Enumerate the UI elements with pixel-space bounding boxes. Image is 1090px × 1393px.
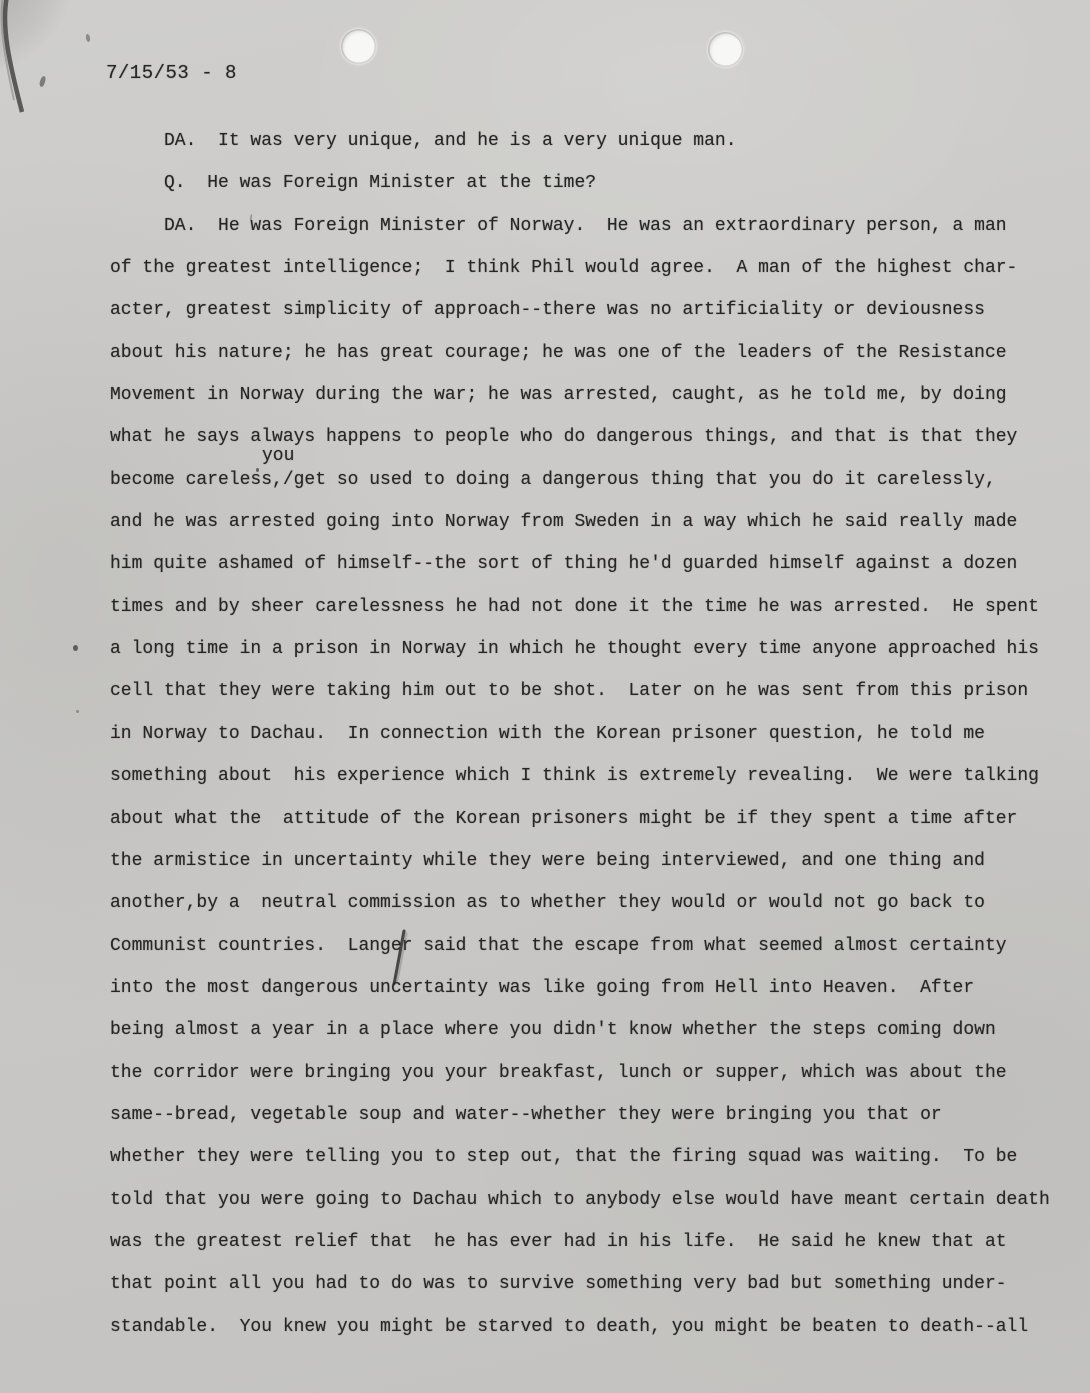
text-line: whether they were telling you to step ou… [110, 1136, 1060, 1178]
text-line: what he says always happens to people wh… [110, 416, 1060, 458]
text-line: times and by sheer carelessness he had n… [110, 586, 1060, 628]
text-line: a long time in a prison in Norway in whi… [110, 628, 1060, 670]
text-line: Q. He was Foreign Minister at the time? [110, 162, 1060, 204]
typewritten-text: DA. It was very unique, and he is a very… [110, 120, 1060, 1348]
text-line: become careless,/get so used to doing a … [110, 459, 1060, 501]
text-line: same--bread, vegetable soup and water--w… [110, 1094, 1060, 1136]
text-line: Communist countries. Langer said that th… [110, 925, 1060, 967]
text-line: the corridor were bringing you your brea… [110, 1052, 1060, 1094]
header-date: 7/15/53 - 8 [106, 62, 237, 84]
page-corner-edge [0, 0, 46, 130]
stray-mark [256, 468, 259, 472]
punch-hole-right [708, 32, 743, 67]
text-line: told that you were going to Dachau which… [110, 1179, 1060, 1221]
text-line: DA. It was very unique, and he is a very… [110, 120, 1060, 162]
text-line: standable. You knew you might be starved… [110, 1306, 1060, 1348]
stray-mark [85, 34, 90, 43]
text-line: DA. He was Foreign Minister of Norway. H… [110, 205, 1060, 247]
text-line: being almost a year in a place where you… [110, 1009, 1060, 1051]
text-line: cell that they were taking him out to be… [110, 670, 1060, 712]
stray-mark [39, 76, 47, 88]
scanned-document-page: 7/15/53 - 8 DA. It was very unique, and … [0, 0, 1090, 1393]
text-line: about his nature; he has great courage; … [110, 332, 1060, 374]
text-line: the armistice in uncertainty while they … [110, 840, 1060, 882]
text-line: something about his experience which I t… [110, 755, 1060, 797]
text-line: that point all you had to do was to surv… [110, 1263, 1060, 1305]
text-line: was the greatest relief that he has ever… [110, 1221, 1060, 1263]
inserted-word: you [262, 446, 294, 466]
text-line: in Norway to Dachau. In connection with … [110, 713, 1060, 755]
text-line: about what the attitude of the Korean pr… [110, 798, 1060, 840]
text-line: of the greatest intelligence; I think Ph… [110, 247, 1060, 289]
text-line: another,by a neutral commission as to wh… [110, 882, 1060, 924]
text-line: and he was arrested going into Norway fr… [110, 501, 1060, 543]
margin-dot [73, 645, 78, 651]
text-line: into the most dangerous uncertainty was … [110, 967, 1060, 1009]
text-line: acter, greatest simplicity of approach--… [110, 289, 1060, 331]
text-line: him quite ashamed of himself--the sort o… [110, 543, 1060, 585]
stray-mark [76, 710, 79, 713]
text-line: Movement in Norway during the war; he wa… [110, 374, 1060, 416]
punch-hole-left [341, 29, 376, 64]
